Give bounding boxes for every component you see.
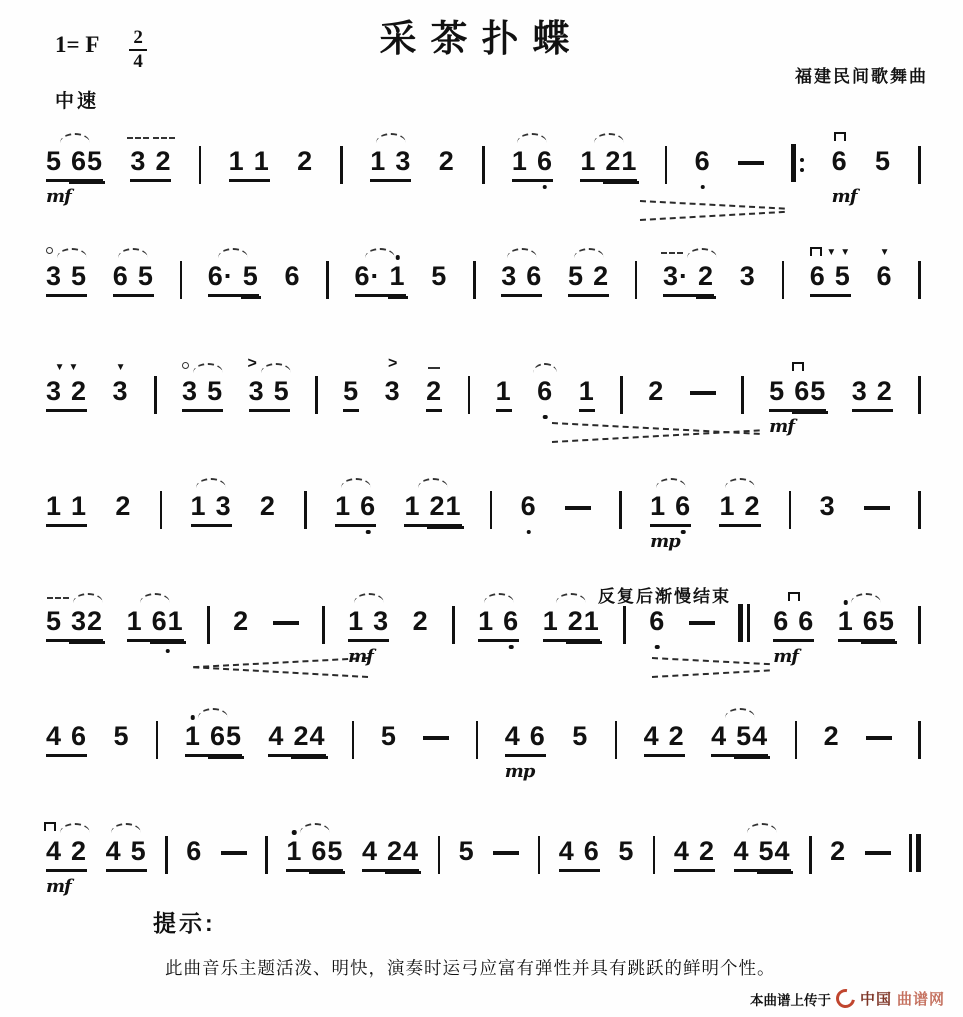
note-marks [366, 128, 415, 143]
note-digits: 1 [390, 263, 406, 290]
double-barline [738, 606, 750, 642]
key-signature: 1= F 2 4 [55, 32, 147, 72]
note-cluster: 424 [268, 723, 325, 757]
note-digits: 2 [115, 493, 131, 520]
note-cluster: 2 [648, 378, 664, 412]
note-marks: ▼▼ [42, 358, 91, 373]
slur-mark [507, 248, 537, 258]
note-digits: 3 [740, 263, 756, 290]
barline [918, 261, 921, 299]
note-cluster: 6·5 [208, 263, 259, 297]
slur-mark [851, 593, 881, 603]
notes-line: 35656·566·1536523·23▼▼65▼6 [0, 263, 963, 299]
note-digits: 5 [131, 838, 147, 865]
circle-mark [182, 362, 189, 369]
note-digits: 2 [698, 263, 714, 290]
note-digits: 5 [207, 378, 223, 405]
circle-mark [46, 247, 53, 254]
note-marks [422, 358, 446, 373]
barline [490, 491, 493, 529]
note-cluster: 36 [501, 263, 542, 297]
note-cluster: 165 [838, 608, 895, 642]
note-digits: 1 [370, 148, 386, 175]
note-digits: 2 [71, 378, 87, 405]
header: 采茶扑蝶 1= F 2 4 福建民间歌舞曲 中速 [0, 0, 963, 120]
note-marks [715, 473, 764, 488]
score-line: 565mf321121321612166mf5 [0, 120, 963, 235]
dynamic-label: mp [650, 533, 680, 551]
note-digits: 2 [648, 378, 664, 405]
slur-mark [354, 593, 384, 603]
note-marks [204, 243, 263, 258]
note-marks [707, 703, 772, 718]
note-digits: 1 [579, 378, 595, 405]
note-cluster: 5 [572, 723, 588, 757]
note-cluster: 2 [439, 148, 455, 182]
tip-section: 提示: 此曲音乐主题活泼、明快，演奏时运弓应富有弹性并具有跳跃的鲜明个性。 [0, 905, 963, 980]
barline [653, 836, 656, 874]
note-digits: 1 [838, 608, 854, 635]
notes-line: 532161213mf216121666mf165 [0, 608, 963, 644]
note-cluster: 16 [478, 608, 519, 642]
score-line: 11213216121616mp123 [0, 465, 963, 580]
barline [438, 836, 441, 874]
note-marks [497, 243, 546, 258]
slur-mark [73, 593, 103, 603]
octave-dot-below [509, 645, 514, 650]
barline [352, 721, 355, 759]
sixteenth-underline [241, 296, 261, 299]
trill-mark [47, 597, 69, 599]
note-digits: 5 [343, 378, 359, 405]
score-line: ▼▼32▼335>355>321612565mf32 [0, 350, 963, 465]
barline [340, 146, 343, 184]
slur-mark [556, 593, 586, 603]
note-cluster: 165 [286, 838, 343, 872]
note-cluster: 3 [820, 493, 836, 527]
note-digits: 21 [605, 148, 637, 175]
dynamic-label: mf [348, 648, 373, 666]
note-digits: 6 [537, 378, 553, 405]
note-digits: 3 [395, 148, 411, 175]
slur-mark [196, 478, 226, 488]
accent-mark: > [247, 356, 256, 372]
note-digits: 5 [568, 263, 584, 290]
sixteenth-underline [792, 411, 828, 414]
note-marks: ▼ [873, 243, 897, 258]
note-cluster: 424 [362, 838, 419, 872]
note-cluster: 32 [130, 148, 171, 182]
note-marks: ▼▼ [806, 243, 855, 258]
note-cluster: 16mp [650, 493, 691, 527]
note-cluster: 32 [852, 378, 893, 412]
note-digits: 24 [387, 838, 419, 865]
note-marks: > [245, 358, 294, 373]
barline [304, 491, 307, 529]
note-cluster: 165 [185, 723, 242, 757]
note-digits: 5 [138, 263, 154, 290]
slur-mark [687, 248, 717, 258]
note-digits: 3 [216, 493, 232, 520]
slur-mark [341, 478, 371, 488]
site-name-light: 曲谱网 [897, 988, 945, 1009]
score-line: 465165424546mp5424542 [0, 695, 963, 810]
barline [918, 376, 921, 414]
barline [918, 606, 921, 644]
note-digits: 2 [669, 723, 685, 750]
note-cluster: 46 [46, 723, 87, 757]
dash-note [865, 851, 891, 855]
note-marks [769, 588, 818, 603]
sixteenth-underline [69, 181, 105, 184]
note-digits: 5 [381, 723, 397, 750]
note-marks [576, 128, 641, 143]
note-digits: 5 [71, 263, 87, 290]
note-digits: 3 [46, 378, 62, 405]
octave-dot-below [655, 645, 660, 650]
repeat-dots [800, 146, 804, 184]
note-digits: 3 [373, 608, 389, 635]
note-cluster: ▼6 [877, 263, 893, 297]
note-digits: 3 [820, 493, 836, 520]
sixteenth-underline [309, 871, 345, 874]
note-digits: 4 [362, 838, 378, 865]
note-digits: 5 [274, 378, 290, 405]
note-digits: 3 [46, 263, 62, 290]
trill-mark [661, 252, 683, 254]
octave-dot-below [165, 649, 170, 654]
score-line: 反复后渐慢结束532161213mf216121666mf165 [0, 580, 963, 695]
note-digits: 4 [734, 838, 750, 865]
note-cluster: 42mf [46, 838, 87, 872]
note-marks [508, 128, 557, 143]
sixteenth-underline [861, 641, 897, 644]
barline [265, 836, 268, 874]
note-digits: 2 [745, 493, 761, 520]
note-cluster: >35 [249, 378, 290, 412]
slur-mark [261, 363, 291, 373]
note-cluster: 3 [740, 263, 756, 297]
note-cluster: 6 [521, 493, 537, 527]
barline [315, 376, 318, 414]
barline [619, 491, 622, 529]
staccato-mark: ▼ [116, 363, 126, 373]
slur-mark [418, 478, 448, 488]
octave-dot-below [526, 530, 531, 535]
note-digits: 3 [113, 378, 129, 405]
note-cluster: 5 [459, 838, 475, 872]
slur-mark [60, 133, 90, 143]
notes-line: 42mf4561654245465424542 [0, 838, 963, 874]
barline [154, 376, 157, 414]
dynamic-label: mp [505, 763, 535, 781]
note-cluster: 2 [413, 608, 429, 642]
note-cluster: 121 [543, 608, 600, 642]
note-digits: 6 [695, 148, 711, 175]
note-cluster: 6 [695, 148, 711, 182]
note-digits: 5 [618, 838, 634, 865]
barline [452, 606, 455, 644]
note-digits: 6 [530, 723, 546, 750]
note-cluster: 12 [719, 493, 760, 527]
note-digits: 2 [877, 378, 893, 405]
slur-mark [725, 478, 755, 488]
note-cluster: 66mf [773, 608, 814, 642]
note-digits: 2 [593, 263, 609, 290]
note-digits: 2 [155, 148, 171, 175]
note-digits: 65 [311, 838, 343, 865]
sixteenth-underline [388, 296, 408, 299]
note-digits: 1 [127, 608, 143, 635]
note-digits: 3 [501, 263, 517, 290]
site-logo-icon [832, 985, 858, 1011]
barline [160, 491, 163, 529]
sixteenth-underline [69, 641, 105, 644]
note-digits: 1 [404, 493, 420, 520]
octave-dot-above [395, 255, 400, 260]
barline [326, 261, 329, 299]
tenuto-mark [428, 367, 440, 369]
barline [476, 721, 479, 759]
octave-dot-above [844, 600, 849, 605]
staccato-mark: ▼ [69, 363, 79, 373]
dash-note [689, 621, 715, 625]
note-digits: 1 [719, 493, 735, 520]
note-marks [765, 358, 830, 373]
note-cluster: 454 [734, 838, 791, 872]
note-digits: 1 [254, 148, 270, 175]
note-digits: 1 [46, 493, 62, 520]
downbow-mark [810, 247, 822, 256]
slur-mark [57, 248, 87, 258]
note-marks [344, 588, 393, 603]
note-digits: 3· [663, 263, 689, 290]
barline [782, 261, 785, 299]
slur-mark [517, 133, 547, 143]
note-digits: 4 [674, 838, 690, 865]
note-digits: 54 [736, 723, 768, 750]
note-marks [126, 128, 175, 143]
note-cluster: ▼▼32 [46, 378, 87, 412]
note-digits: 1 [580, 148, 596, 175]
note-digits: 6 [649, 608, 665, 635]
note-cluster: 121 [580, 148, 637, 182]
note-cluster: 3·2 [663, 263, 714, 297]
octave-dot-above [292, 830, 297, 835]
dash-note [690, 391, 716, 395]
note-cluster: 2 [233, 608, 249, 642]
note-cluster: 35 [182, 378, 223, 412]
note-cluster: 45 [106, 838, 147, 872]
note-digits: 4 [268, 723, 284, 750]
note-digits: 6 [877, 263, 893, 290]
note-cluster: ▼▼65 [810, 263, 851, 297]
barline [918, 146, 921, 184]
dash-note [423, 736, 449, 740]
barline [180, 261, 183, 299]
note-cluster: ▼3 [113, 378, 129, 412]
note-cluster: >3 [385, 378, 401, 412]
note-digits: 65 [210, 723, 242, 750]
note-cluster: 5 [618, 838, 634, 872]
note-cluster: 13 [191, 493, 232, 527]
barline [795, 721, 798, 759]
slur-mark [193, 363, 223, 373]
note-cluster: 2 [830, 838, 846, 872]
note-cluster: 42 [674, 838, 715, 872]
staccato-mark: ▼ [826, 248, 836, 258]
note-digits: 5 [46, 608, 62, 635]
downbow-mark [44, 822, 56, 831]
accent-mark: > [388, 356, 397, 372]
downbow-mark [792, 362, 804, 371]
note-digits: 6 [186, 838, 202, 865]
notes-line: 11213216121616mp123 [0, 493, 963, 529]
slur-mark [376, 133, 406, 143]
hairpin-mark [640, 198, 785, 222]
barline [468, 376, 471, 414]
time-signature: 2 4 [129, 28, 147, 72]
note-digits: 2 [830, 838, 846, 865]
note-cluster: 5 [431, 263, 447, 297]
slur-mark [140, 593, 170, 603]
note-digits: 6 [773, 608, 789, 635]
hairpin-mark [552, 420, 760, 444]
note-marks [351, 243, 410, 258]
note-marks [646, 473, 695, 488]
note-cluster: 2 [297, 148, 313, 182]
dynamic-label: mf [769, 418, 794, 436]
notes-line: ▼▼32▼335>355>321612565mf32 [0, 378, 963, 414]
slur-mark [574, 248, 604, 258]
note-digits: 3 [182, 378, 198, 405]
staccato-mark: ▼ [55, 363, 65, 373]
score-annotation: 反复后渐慢结束 [598, 582, 731, 607]
note-marks [539, 588, 604, 603]
site-name-bold: 中国 [860, 988, 892, 1009]
downbow-mark [788, 592, 800, 601]
note-cluster: 52 [568, 263, 609, 297]
downbow-mark [834, 132, 846, 141]
note-cluster: 6 [649, 608, 665, 642]
note-marks [564, 243, 613, 258]
note-cluster: 532 [46, 608, 103, 642]
octave-dot-below [543, 185, 548, 190]
note-cluster: 6·1 [355, 263, 406, 297]
dynamic-label: mf [832, 188, 857, 206]
slur-mark [656, 478, 686, 488]
sixteenth-underline [734, 756, 770, 759]
note-digits: 21 [429, 493, 461, 520]
staccato-mark: ▼ [840, 248, 850, 258]
note-marks: > [381, 358, 405, 373]
note-cluster: 5 [381, 723, 397, 757]
note-digits: 2 [260, 493, 276, 520]
dynamic-label: mf [46, 188, 71, 206]
note-digits: 1 [286, 838, 302, 865]
octave-dot-below [543, 415, 548, 420]
note-digits: 5 [875, 148, 891, 175]
note-cluster: 6 [285, 263, 301, 297]
note-digits: 6 [832, 148, 848, 175]
barline [322, 606, 325, 644]
notes-line: 565mf321121321612166mf5 [0, 148, 963, 184]
dash-note [866, 736, 892, 740]
octave-dot-below [700, 185, 705, 190]
note-digits: 6 [503, 608, 519, 635]
barline [199, 146, 202, 184]
barline [620, 376, 623, 414]
note-digits: 65 [71, 148, 103, 175]
note-digits: 24 [293, 723, 325, 750]
note-digits: 5 [835, 263, 851, 290]
note-digits: 6 [360, 493, 376, 520]
note-cluster: 1 [579, 378, 595, 412]
dash-note [493, 851, 519, 855]
barline [665, 146, 668, 184]
note-digits: 1 [650, 493, 666, 520]
note-digits: 1 [71, 493, 87, 520]
note-cluster: 11 [46, 493, 87, 527]
sixteenth-underline [208, 756, 244, 759]
barline [165, 836, 168, 874]
notes-line: 465165424546mp5424542 [0, 723, 963, 759]
trill-mark [153, 137, 175, 139]
note-digits: 4 [559, 838, 575, 865]
note-marks [187, 473, 236, 488]
sixteenth-underline [385, 871, 421, 874]
note-marks [42, 243, 91, 258]
note-digits: 1 [185, 723, 201, 750]
note-cluster: 565mf [769, 378, 826, 412]
note-cluster: 16 [335, 493, 376, 527]
note-digits: 2 [297, 148, 313, 175]
tip-label: 提示: [153, 905, 963, 938]
slur-mark [198, 708, 228, 718]
note-marks [42, 588, 107, 603]
slur-mark [218, 248, 248, 258]
barline [482, 146, 485, 184]
note-cluster: 6 [186, 838, 202, 872]
note-marks [400, 473, 465, 488]
note-digits: 3 [852, 378, 868, 405]
sixteenth-underline [696, 296, 716, 299]
note-digits: 5 [459, 838, 475, 865]
note-digits: 1 [496, 378, 512, 405]
note-cluster: 121 [404, 493, 461, 527]
note-cluster: 454 [711, 723, 768, 757]
barline [789, 491, 792, 529]
note-cluster: 35 [46, 263, 87, 297]
score-line: 35656·566·1536523·23▼▼65▼6 [0, 235, 963, 350]
slur-mark [60, 823, 90, 833]
slur-mark [484, 593, 514, 603]
sixteenth-underline [566, 641, 602, 644]
hairpin-mark [652, 655, 770, 679]
tempo-marking: 中速 [55, 86, 99, 113]
note-marks [474, 588, 523, 603]
note-digits: 5 [46, 148, 62, 175]
octave-dot-below [366, 530, 371, 535]
tip-text: 此曲音乐主题活泼、明快，演奏时运弓应富有弹性并具有跳跃的鲜明个性。 [165, 955, 963, 980]
note-marks [42, 128, 107, 143]
note-digits: 1 [543, 608, 559, 635]
barline [918, 491, 921, 529]
note-digits: 4 [644, 723, 660, 750]
note-cluster: 42 [644, 723, 685, 757]
note-digits: 5 [431, 263, 447, 290]
note-marks [178, 358, 227, 373]
